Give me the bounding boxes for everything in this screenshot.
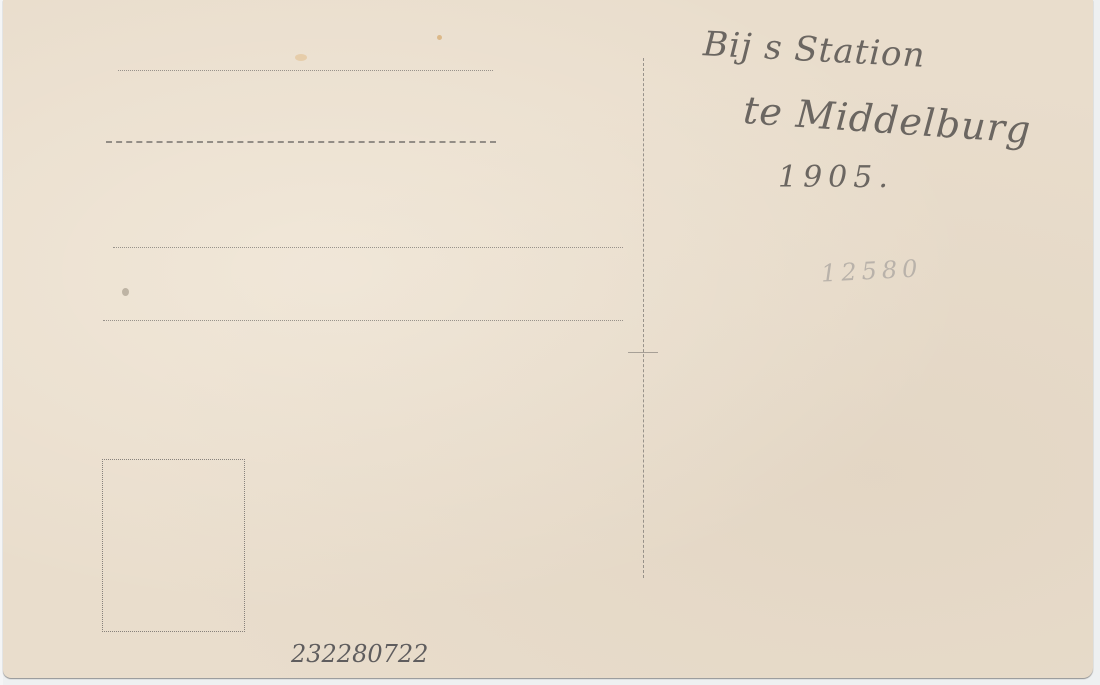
stamp-box <box>102 459 245 632</box>
postcard-back: Bij s Station te Middelburg 1905. 12580 … <box>3 0 1093 678</box>
faint-pencil-number: 12580 <box>820 254 923 287</box>
foxing-spot <box>295 54 307 61</box>
annotation-line-1: Bij s Station <box>702 24 926 76</box>
foxing-spot <box>122 288 129 296</box>
divider-tick <box>628 352 658 353</box>
foxing-spot <box>437 35 442 40</box>
address-line-2 <box>106 141 496 143</box>
address-line-4 <box>103 320 623 321</box>
annotation-year: 1905. <box>778 160 894 195</box>
address-line-1 <box>118 70 493 71</box>
inventory-number: 232280722 <box>291 640 428 668</box>
annotation-line-2: te Middelburg <box>742 88 1033 152</box>
center-divider <box>643 58 644 578</box>
address-line-3 <box>113 247 623 248</box>
